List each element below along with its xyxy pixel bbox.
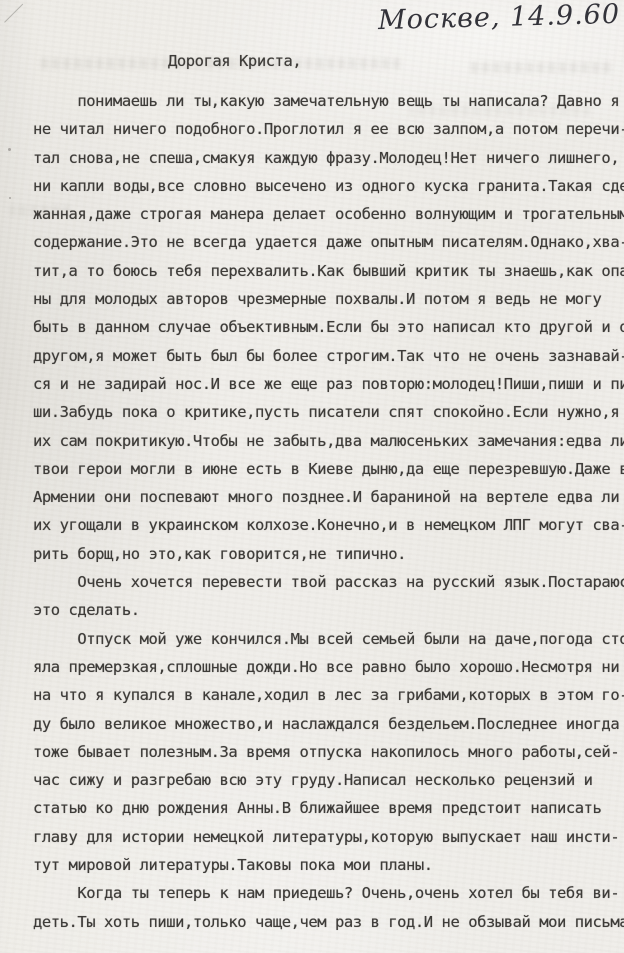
letter-page: Москве, 14.9.60 Дорогая Криста, понимаеш…	[0, 0, 624, 953]
paper-speck	[8, 148, 11, 151]
paper-corner-crease	[0, 0, 23, 23]
handwritten-date: Москве, 14.9.60	[378, 0, 619, 36]
letter-body-text: понимаешь ли ты,какую замечательную вещь…	[33, 87, 624, 936]
salutation-line: Дорогая Криста,	[168, 52, 301, 70]
bleed-through-smudge	[470, 62, 610, 73]
paper-speck	[9, 197, 11, 199]
